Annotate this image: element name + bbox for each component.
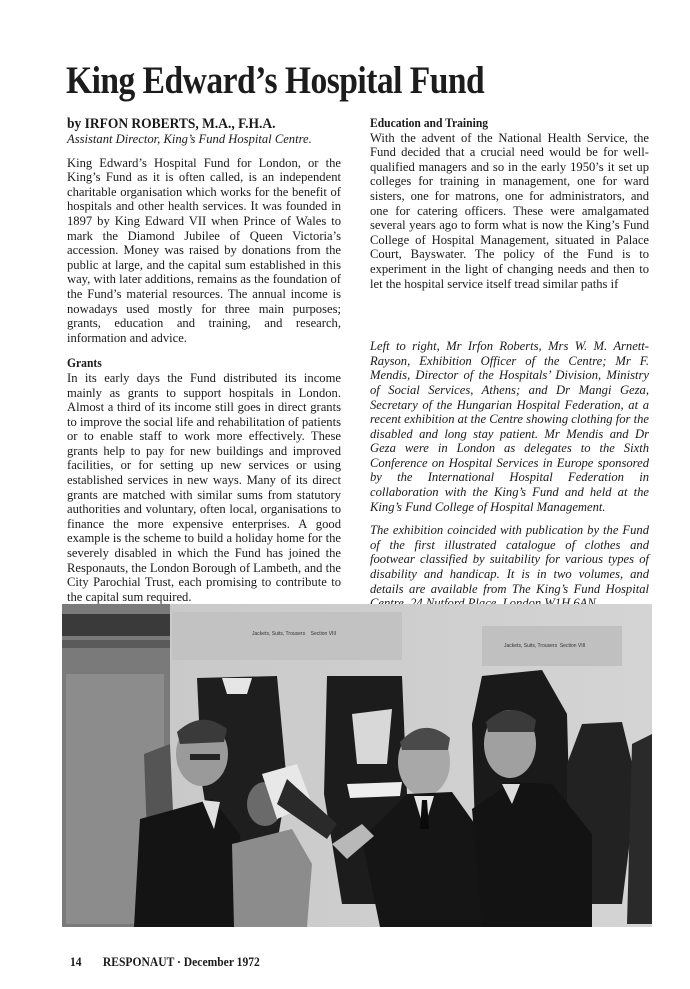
exhibition-photo: Jackets, Suits, Trousers Section VIII Ja… xyxy=(62,604,652,927)
section-heading-grants: Grants xyxy=(67,356,319,371)
article-title: King Edward’s Hospital Fund xyxy=(66,58,484,103)
intro-paragraph: King Edward’s Hospital Fund for London, … xyxy=(67,156,341,346)
page-footer: 14 RESPONAUT · December 1972 xyxy=(70,955,260,970)
sign-text-2: Jackets, Suits, Trousers Section VIII xyxy=(504,643,585,649)
page-number: 14 xyxy=(70,955,82,969)
education-paragraph: With the advent of the National Health S… xyxy=(370,131,649,292)
exhibition-photo-illustration: Jackets, Suits, Trousers Section VIII Ja… xyxy=(62,604,652,927)
byline: by IRFON ROBERTS, M.A., F.H.A. xyxy=(67,116,322,132)
left-column: by IRFON ROBERTS, M.A., F.H.A. Assistant… xyxy=(67,116,341,604)
right-column: Education and Training With the advent o… xyxy=(370,116,649,611)
sign-text-1: Jackets, Suits, Trousers Section VIII xyxy=(252,631,336,637)
section-heading-education: Education and Training xyxy=(370,116,627,131)
photo-caption: Left to right, Mr Irfon Roberts, Mrs W. … xyxy=(370,339,649,514)
catalogue-note: The exhibition coincided with publicatio… xyxy=(370,523,649,611)
publication-info: RESPONAUT · December 1972 xyxy=(103,955,260,969)
grants-paragraph: In its early days the Fund distributed i… xyxy=(67,371,341,605)
author-affiliation: Assistant Director, King’s Fund Hospital… xyxy=(67,132,341,147)
